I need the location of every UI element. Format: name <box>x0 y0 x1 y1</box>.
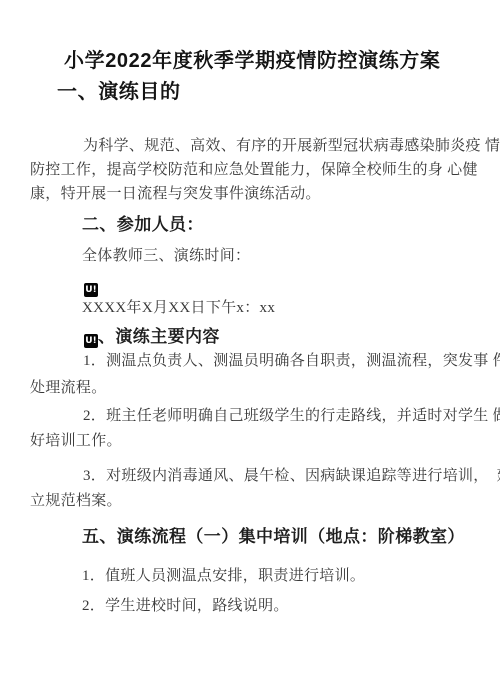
section-heading-content-text: 、演练主要内容 <box>98 327 220 346</box>
unknown-character-icon: U! <box>84 283 98 297</box>
unknown-character-icon: U! <box>84 334 98 348</box>
document-page: 小学2022年度秋季学期疫情防控演练方案 一、演练目的 为科学、规范、高效、有序… <box>0 0 500 678</box>
content-item-line: 好培训工作。 <box>30 431 122 451</box>
drill-time-line: XXXX年X月XX日下午x：xx <box>82 298 275 318</box>
unknown-character-line: U! <box>84 278 98 297</box>
purpose-paragraph-line: 康，特开展一日流程与突发事件演练活动。 <box>30 184 321 204</box>
section-heading-content: U!、演练主要内容 <box>84 326 220 348</box>
section-heading-purpose: 一、演练目的 <box>57 80 181 105</box>
content-item-line: 1．测温点负责人、测温员明确各自职责，测温流程，突发事 件 <box>83 351 500 371</box>
document-title: 小学2022年度秋季学期疫情防控演练方案 <box>64 49 441 74</box>
participants-text-line: 全体教师三、演练时间： <box>82 246 250 266</box>
process-item-line: 1．值班人员测温点安排，职责进行培训。 <box>82 566 365 586</box>
content-item-line: 2．班主任老师明确自己班级学生的行走路线，并适时对学生 做 <box>83 406 500 426</box>
purpose-paragraph-line: 防控工作，提高学校防范和应急处置能力，保障全校师生的身 心健 <box>30 160 478 180</box>
purpose-paragraph-line: 为科学、规范、高效、有序的开展新型冠状病毒感染肺炎疫 情 <box>83 136 500 156</box>
section-heading-process: 五、演练流程（一）集中培训（地点：阶梯教室） <box>82 526 465 547</box>
content-item-line: 处理流程。 <box>30 378 107 398</box>
content-item-line: 立规范档案。 <box>30 491 122 511</box>
section-heading-participants: 二、参加人员： <box>82 214 204 235</box>
process-item-line: 2．学生进校时间，路线说明。 <box>82 596 289 616</box>
content-item-line: 3．对班级内消毒通风、晨午检、因病缺课追踪等进行培训， 建 <box>83 466 500 486</box>
